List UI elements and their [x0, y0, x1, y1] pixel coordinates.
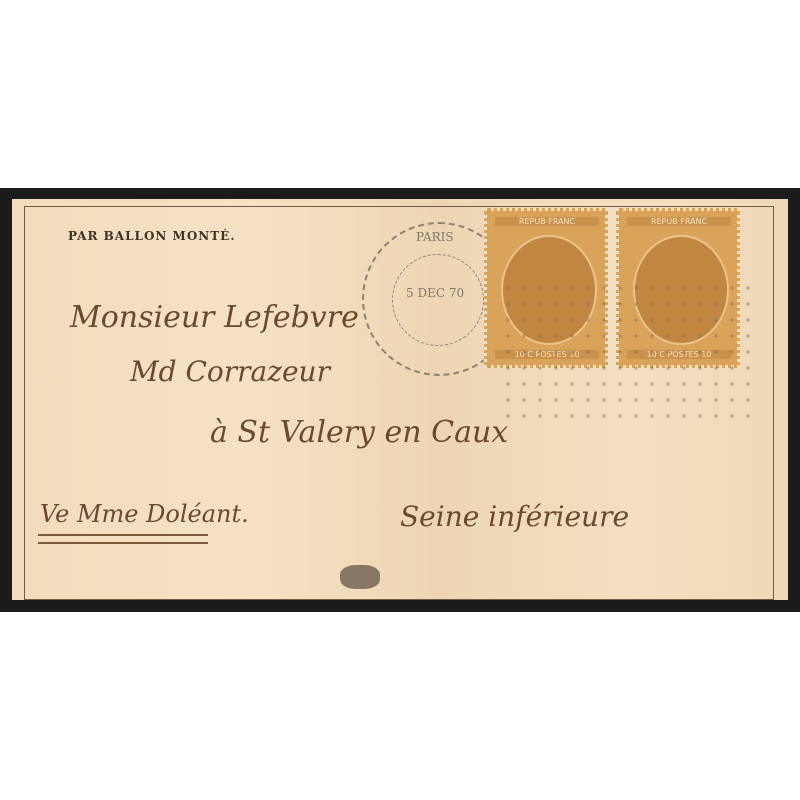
postmark-inner-ring	[392, 254, 484, 346]
dotted-cancellation	[500, 280, 750, 420]
ink-smudge	[340, 565, 380, 589]
stamp-top-text: REPUB·FRANC	[627, 217, 731, 226]
imprint-header: PAR BALLON MONTÉ.	[68, 229, 236, 243]
postmark-date: 5 DEC 70	[406, 286, 464, 300]
postmark-city: PARIS	[416, 230, 454, 244]
sender-note: Ve Mme Doléant.	[40, 500, 249, 528]
sender-underline	[38, 534, 208, 544]
address-line-2: Md Corrazeur	[130, 355, 330, 388]
address-line-3: à St Valery en Caux	[210, 415, 508, 450]
stamp-top-text: REPUB·FRANC	[495, 217, 599, 226]
address-line-4: Seine inférieure	[400, 500, 629, 533]
address-line-1: Monsieur Lefebvre	[70, 300, 359, 335]
